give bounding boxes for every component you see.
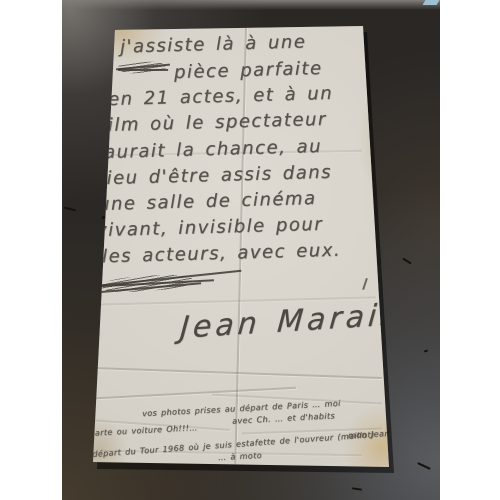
letter-line: lieu d'être assis dans (100, 162, 333, 189)
letter-line: pièce parfaite (174, 58, 323, 83)
stray-pen-mark (362, 278, 368, 290)
surface-speck (424, 349, 428, 352)
surface-scratch (417, 462, 431, 470)
letter-line: une salle de cinéma (98, 188, 317, 215)
surface-scratch (64, 207, 76, 212)
white-margin-right (440, 0, 500, 500)
background-blue-sliver (423, 0, 440, 5)
letter-line: j'assiste là à une (120, 31, 307, 57)
dark-table-surface: j'assiste là à une pièce parfaite en 21 … (62, 0, 440, 500)
surface-scratch (352, 487, 362, 490)
signature: Jean Marais (179, 297, 402, 346)
letter-line: en 21 actes, et à un (108, 83, 334, 110)
annotation-line: avec Ch. … et d'habits (232, 411, 335, 425)
crossed-out-word (118, 61, 166, 74)
letter-line: aurait la chance, au (104, 136, 323, 163)
surface-scratch (402, 258, 412, 265)
letter-paper: j'assiste là à une pièce parfaite en 21 … (62, 0, 440, 500)
letter-line: vivant, invisible pour (96, 214, 324, 241)
surface-speck (102, 216, 105, 219)
photo-of-letter: j'assiste là à une pièce parfaite en 21 … (0, 0, 500, 500)
white-margin-left (0, 0, 62, 500)
annotation-line: mon Jean (348, 429, 390, 440)
annotation-line: … à moto (218, 451, 262, 462)
letter-line: film où le spectateur (100, 109, 327, 136)
annotation-line: carte ou voiture Oh!!!… (90, 423, 198, 438)
letter-line: les acteurs, avec eux. (102, 240, 342, 268)
crossed-out-word (96, 273, 197, 295)
